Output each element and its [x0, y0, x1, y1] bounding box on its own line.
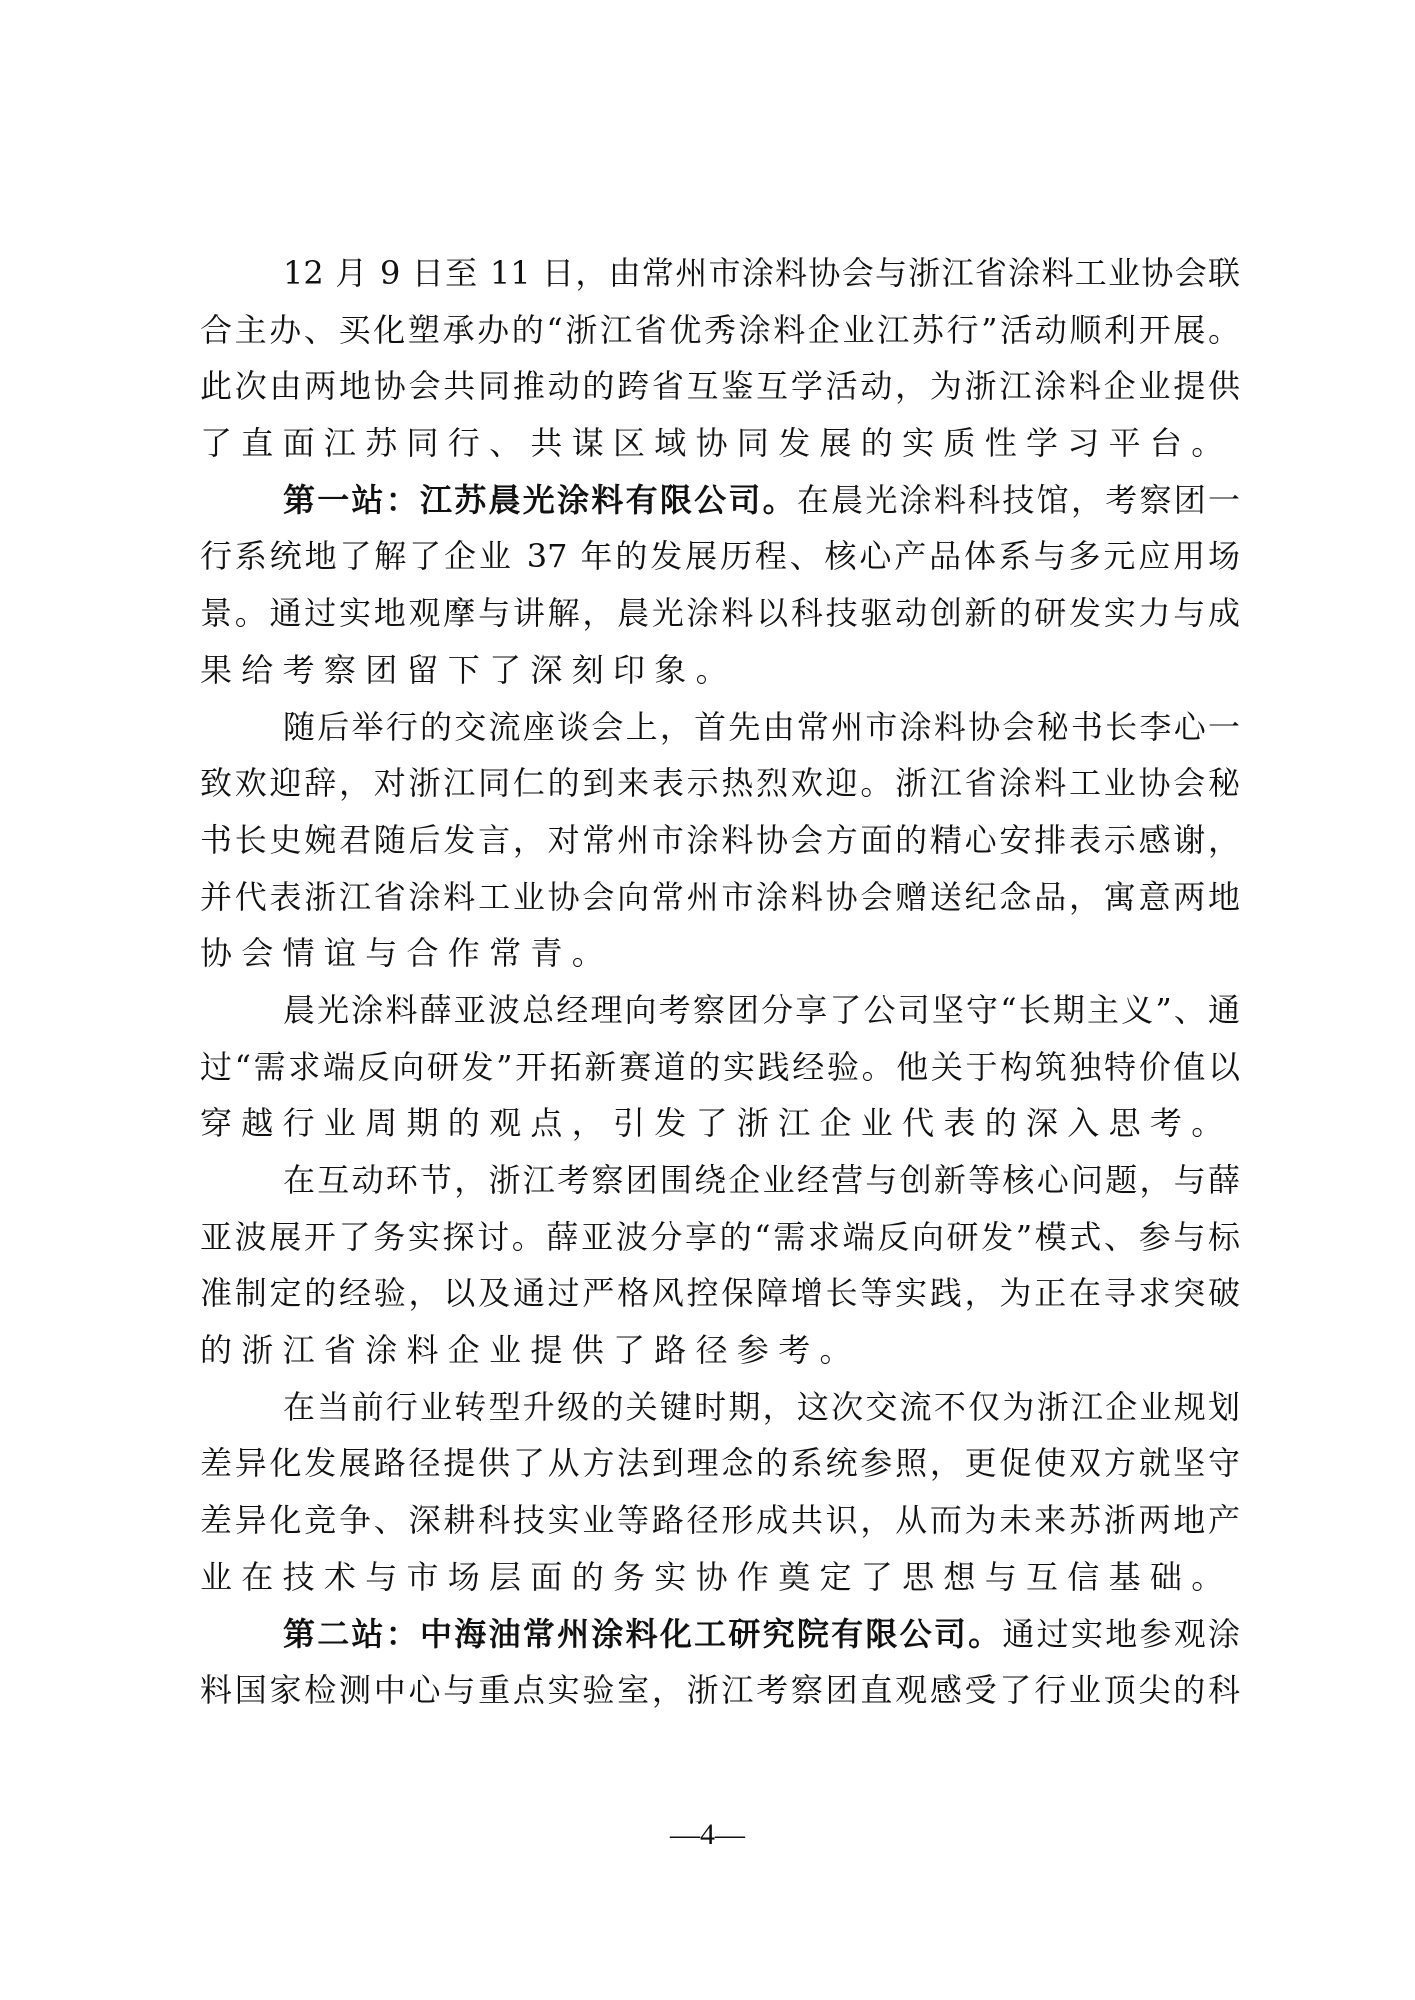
text-line: 差异化发展路径提供了从方法到理念的系统参照，更促使双方就坚守	[200, 1435, 1240, 1492]
text-span: 通过实地参观涂	[1002, 1615, 1240, 1653]
text-line: 差异化竞争、深耕科技实业等路径形成共识，从而为未来苏浙两地产	[200, 1492, 1240, 1549]
text-line: 在当前行业转型升级的关键时期，这次交流不仅为浙江企业规划	[200, 1379, 1240, 1436]
text-line: 准制定的经验，以及通过严格风控保障增长等实践，为正在寻求突破	[200, 1265, 1240, 1322]
page-number: —4—	[0, 1818, 1415, 1852]
text-line: 12 月 9 日至 11 日，由常州市涂料协会与浙江省涂料工业协会联	[200, 245, 1240, 302]
paragraph-intro: 12 月 9 日至 11 日，由常州市涂料协会与浙江省涂料工业协会联 合主办、买…	[200, 245, 1240, 472]
text-line: 此次由两地协会共同推动的跨省互鉴互学活动，为浙江涂料企业提供	[200, 358, 1240, 415]
text-line: 业在技术与市场层面的务实协作奠定了思想与互信基础。	[200, 1549, 1240, 1606]
text-line: 第一站：江苏晨光涂料有限公司。在晨光涂料科技馆，考察团一	[200, 472, 1240, 529]
paragraph-conclusion: 在当前行业转型升级的关键时期，这次交流不仅为浙江企业规划 差异化发展路径提供了从…	[200, 1379, 1240, 1606]
paragraph-first-stop: 第一站：江苏晨光涂料有限公司。在晨光涂料科技馆，考察团一 行系统地了解了企业 3…	[200, 472, 1240, 699]
section-heading-second-stop: 第二站：中海油常州涂料化工研究院有限公司。	[283, 1615, 1002, 1653]
text-line: 晨光涂料薛亚波总经理向考察团分享了公司坚守“长期主义”、通	[200, 982, 1240, 1039]
text-line: 随后举行的交流座谈会上，首先由常州市涂料协会秘书长李心一	[200, 699, 1240, 756]
text-line: 过“需求端反向研发”开拓新赛道的实践经验。他关于构筑独特价值以	[200, 1039, 1240, 1096]
text-line: 亚波展开了务实探讨。薛亚波分享的“需求端反向研发”模式、参与标	[200, 1209, 1240, 1266]
text-line: 行系统地了解了企业 37 年的发展历程、核心产品体系与多元应用场	[200, 528, 1240, 585]
text-line: 第二站：中海油常州涂料化工研究院有限公司。通过实地参观涂	[200, 1606, 1240, 1663]
text-line: 在互动环节，浙江考察团围绕企业经营与创新等核心问题，与薛	[200, 1152, 1240, 1209]
text-line: 果给考察团留下了深刻印象。	[200, 642, 1240, 699]
text-line: 景。通过实地观摩与讲解，晨光涂料以科技驱动创新的研发实力与成	[200, 585, 1240, 642]
text-line: 书长史婉君随后发言，对常州市涂料协会方面的精心安排表示感谢，	[200, 812, 1240, 869]
paragraph-speech: 晨光涂料薛亚波总经理向考察团分享了公司坚守“长期主义”、通 过“需求端反向研发”…	[200, 982, 1240, 1152]
section-heading-first-stop: 第一站：江苏晨光涂料有限公司。	[283, 481, 797, 519]
text-line: 合主办、买化塑承办的“浙江省优秀涂料企业江苏行”活动顺利开展。	[200, 302, 1240, 359]
paragraph-interaction: 在互动环节，浙江考察团围绕企业经营与创新等核心问题，与薛 亚波展开了务实探讨。薛…	[200, 1152, 1240, 1379]
paragraph-meeting: 随后举行的交流座谈会上，首先由常州市涂料协会秘书长李心一 致欢迎辞，对浙江同仁的…	[200, 699, 1240, 982]
body-text: 12 月 9 日至 11 日，由常州市涂料协会与浙江省涂料工业协会联 合主办、买…	[200, 245, 1240, 1719]
paragraph-second-stop: 第二站：中海油常州涂料化工研究院有限公司。通过实地参观涂 料国家检测中心与重点实…	[200, 1606, 1240, 1719]
text-line: 协会情谊与合作常青。	[200, 925, 1240, 982]
document-page: 12 月 9 日至 11 日，由常州市涂料协会与浙江省涂料工业协会联 合主办、买…	[0, 0, 1415, 2000]
text-line: 了直面江苏同行、共谋区域协同发展的实质性学习平台。	[200, 415, 1240, 472]
text-line: 并代表浙江省涂料工业协会向常州市涂料协会赠送纪念品，寓意两地	[200, 869, 1240, 926]
text-line: 的浙江省涂料企业提供了路径参考。	[200, 1322, 1240, 1379]
text-line: 料国家检测中心与重点实验室，浙江考察团直观感受了行业顶尖的科	[200, 1662, 1240, 1719]
text-span: 在晨光涂料科技馆，考察团一	[797, 481, 1240, 519]
text-line: 穿越行业周期的观点，引发了浙江企业代表的深入思考。	[200, 1095, 1240, 1152]
text-line: 致欢迎辞，对浙江同仁的到来表示热烈欢迎。浙江省涂料工业协会秘	[200, 755, 1240, 812]
